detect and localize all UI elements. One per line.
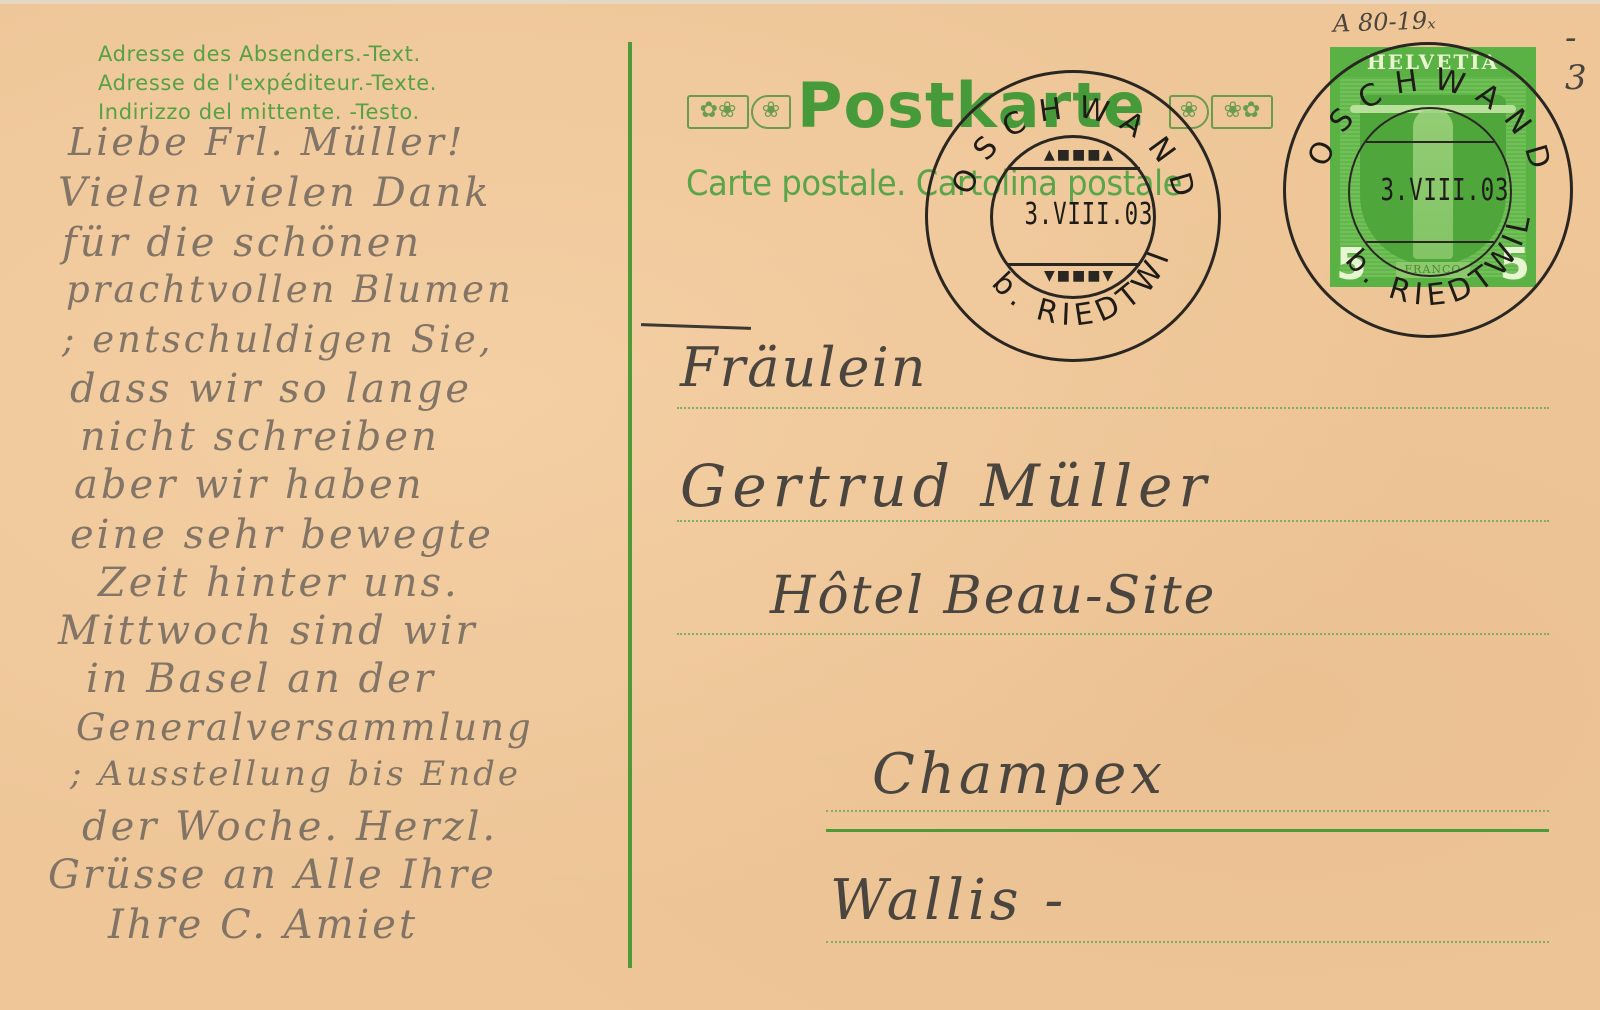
address-line-3: [677, 633, 1549, 635]
fraulein-crossbar: [641, 323, 751, 330]
recipient-hotel: Hôtel Beau-Site: [770, 566, 1216, 626]
message-line: ; Ausstellung bis Ende: [70, 754, 521, 794]
postmark-station: b. RIEDTWIL: [1338, 207, 1539, 314]
message-line: Generalversammlung: [76, 706, 534, 749]
message-line: eine sehr bewegte: [70, 512, 494, 558]
svg-text:OSCHWAND: OSCHWAND: [945, 90, 1205, 214]
message-line: Mittwoch sind wir: [58, 608, 478, 654]
message-line: in Basel an der: [86, 656, 436, 702]
message-line: nicht schreiben: [80, 414, 440, 460]
message-line: aber wir haben: [74, 462, 424, 508]
postmark-stamp-cancel: 3.VIII.03 OSCHWAND b. RIEDTWIL: [1283, 42, 1573, 338]
message-line: Zeit hinter uns.: [98, 560, 460, 606]
message-line: Liebe Frl. Müller!: [68, 120, 465, 164]
postmark-oschwand: ▲■■■▲ ▼■■■▼ 3.VIII.03 OSCHWAND b. RIEDTW…: [925, 70, 1221, 362]
message-line: Vielen vielen Dank: [58, 170, 492, 216]
address-underline: [826, 829, 1549, 832]
message-line: Ihre C. Amiet: [108, 902, 418, 948]
message-line: der Woche. Herzl.: [82, 804, 498, 850]
postmark-town: OSCHWAND: [1301, 62, 1561, 186]
address-line-4: [826, 810, 1549, 812]
recipient-canton: Wallis -: [830, 868, 1067, 933]
card-top-edge: [0, 0, 1600, 4]
address-line-5: [826, 941, 1549, 943]
recipient-salutation: Fräulein: [680, 336, 928, 399]
recipient-name: Gertrud Müller: [680, 452, 1212, 520]
message-line: dass wir so lange: [70, 366, 472, 412]
postmark-ring-text: OSCHWAND b. RIEDTWIL: [928, 73, 1218, 359]
floral-ornament-icon: ❀✿: [1211, 95, 1273, 129]
sender-header-german: Adresse des Absenders.-Text.: [98, 40, 437, 69]
archive-reference-note: A 80-19ₓ: [1333, 6, 1437, 38]
svg-text:OSCHWAND: OSCHWAND: [1301, 62, 1561, 186]
recipient-town: Champex: [872, 742, 1166, 807]
message-line: prachtvollen Blumen: [66, 268, 514, 311]
vertical-divider: [628, 42, 632, 968]
sender-header-french: Adresse de l'expéditeur.-Texte.: [98, 69, 437, 98]
address-line-1: [677, 407, 1549, 409]
postcard: Adresse des Absenders.-Text. Adresse de …: [0, 0, 1600, 1010]
message-line: ; entschuldigen Sie,: [62, 318, 494, 361]
postmark-town: OSCHWAND: [945, 90, 1205, 214]
address-line-2: [677, 520, 1549, 522]
floral-ornament-icon: ✿❀: [687, 95, 749, 129]
svg-text:b. RIEDTWIL: b. RIEDTWIL: [1338, 207, 1539, 314]
postmark-ring-text: OSCHWAND b. RIEDTWIL: [1286, 45, 1572, 337]
message-line: für die schönen: [62, 220, 422, 266]
floral-ornament-icon: ❀: [751, 95, 791, 129]
message-line: Grüsse an Alle Ihre: [48, 852, 497, 898]
sender-address-header: Adresse des Absenders.-Text. Adresse de …: [98, 40, 437, 127]
